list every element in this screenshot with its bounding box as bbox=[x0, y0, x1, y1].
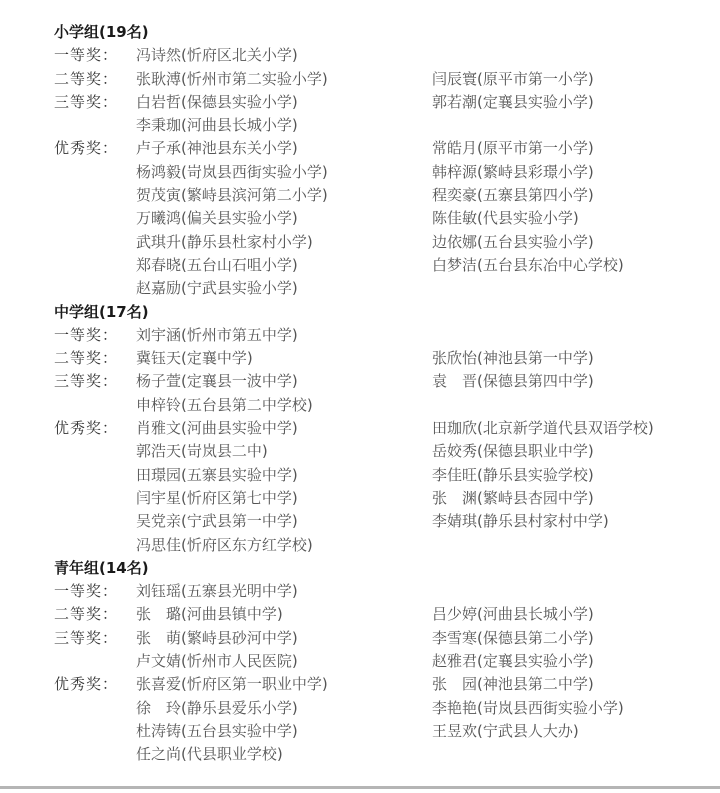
award-label: 二等奖： bbox=[54, 347, 118, 370]
award-row: 郭浩天(岢岚县二中)岳姣秀(保德县职业中学) bbox=[54, 440, 720, 463]
award-label: 优秀奖： bbox=[54, 417, 118, 440]
award-row: 优秀奖：肖雅文(河曲县实验中学)田珈欣(北京新学道代县双语学校) bbox=[54, 417, 720, 440]
winner-entry-left: 郑春晓(五台山石咀小学) bbox=[136, 254, 298, 277]
winner-entry-left: 杜涛铸(五台县实验中学) bbox=[136, 720, 298, 743]
winner-entry-right: 王昱欢(宁武县人大办) bbox=[432, 720, 579, 743]
winner-entry-left: 张喜爱(忻府区第一职业中学) bbox=[136, 673, 328, 696]
winner-entry-left: 冯思佳(忻府区东方红学校) bbox=[136, 534, 313, 557]
award-row: 卢文婧(忻州市人民医院)赵雅君(定襄县实验小学) bbox=[54, 650, 720, 673]
winner-entry-right: 边依娜(五台县实验小学) bbox=[432, 231, 594, 254]
winner-entry-right: 张 渊(繁峙县杏园中学) bbox=[432, 487, 594, 510]
winner-entry-right: 赵雅君(定襄县实验小学) bbox=[432, 650, 594, 673]
winner-entry-right: 常皓月(原平市第一小学) bbox=[432, 137, 594, 160]
award-label: 二等奖： bbox=[54, 68, 118, 91]
winner-entry-left: 赵嘉励(宁武县实验小学) bbox=[136, 277, 298, 300]
winner-entry-right: 李艳艳(岢岚县西街实验小学) bbox=[432, 697, 624, 720]
award-row: 万曦鸿(偏关县实验小学)陈佳敏(代县实验小学) bbox=[54, 207, 720, 230]
winner-entry-right: 李佳旺(静乐县实验学校) bbox=[432, 464, 594, 487]
group-youth: 青年组(14名) 一等奖：刘钰瑶(五寨县光明中学) 二等奖：张 璐(河曲县镇中学… bbox=[54, 557, 720, 767]
winner-entry-left: 杨鸿毅(岢岚县西街实验小学) bbox=[136, 161, 328, 184]
award-row: 杨鸿毅(岢岚县西街实验小学)韩梓源(繁峙县彩璟小学) bbox=[54, 161, 720, 184]
award-label: 三等奖： bbox=[54, 627, 118, 650]
winner-entry-left: 刘钰瑶(五寨县光明中学) bbox=[136, 580, 298, 603]
award-row: 二等奖：张耿溥(忻州市第二实验小学)闫辰寰(原平市第一小学) bbox=[54, 68, 720, 91]
winner-entry-left: 万曦鸿(偏关县实验小学) bbox=[136, 207, 298, 230]
award-row: 冯思佳(忻府区东方红学校) bbox=[54, 534, 720, 557]
winner-entry-left: 冀钰天(定襄中学) bbox=[136, 347, 253, 370]
winner-entry-right: 张欣怡(神池县第一中学) bbox=[432, 347, 594, 370]
winner-entry-left: 肖雅文(河曲县实验中学) bbox=[136, 417, 298, 440]
award-row: 闫宇星(忻府区第七中学)张 渊(繁峙县杏园中学) bbox=[54, 487, 720, 510]
award-label: 一等奖： bbox=[54, 44, 118, 67]
bottom-divider bbox=[0, 786, 720, 789]
award-label: 优秀奖： bbox=[54, 673, 118, 696]
award-row: 武琪升(静乐县杜家村小学)边依娜(五台县实验小学) bbox=[54, 231, 720, 254]
winner-entry-left: 张耿溥(忻州市第二实验小学) bbox=[136, 68, 328, 91]
award-row: 赵嘉励(宁武县实验小学) bbox=[54, 277, 720, 300]
winner-entry-left: 李秉珈(河曲县长城小学) bbox=[136, 114, 298, 137]
winner-entry-right: 田珈欣(北京新学道代县双语学校) bbox=[432, 417, 654, 440]
award-row: 田璟园(五寨县实验中学)李佳旺(静乐县实验学校) bbox=[54, 464, 720, 487]
award-row: 郑春晓(五台山石咀小学)白梦洁(五台县东冶中心学校) bbox=[54, 254, 720, 277]
winner-entry-left: 卢子承(神池县东关小学) bbox=[136, 137, 298, 160]
award-label: 三等奖： bbox=[54, 370, 118, 393]
winner-entry-left: 闫宇星(忻府区第七中学) bbox=[136, 487, 298, 510]
award-row: 徐 玲(静乐县爱乐小学)李艳艳(岢岚县西街实验小学) bbox=[54, 697, 720, 720]
winner-entry-right: 闫辰寰(原平市第一小学) bbox=[432, 68, 594, 91]
award-row: 优秀奖：张喜爱(忻府区第一职业中学)张 园(神池县第二中学) bbox=[54, 673, 720, 696]
group-primary-school: 小学组(19名) 一等奖：冯诗然(忻府区北关小学) 二等奖：张耿溥(忻州市第二实… bbox=[54, 21, 720, 301]
winner-entry-left: 白岩哲(保德县实验小学) bbox=[136, 91, 298, 114]
award-row: 二等奖：张 璐(河曲县镇中学)吕少婷(河曲县长城小学) bbox=[54, 603, 720, 626]
award-row: 吴党亲(宁武县第一中学)李婧琪(静乐县村家村中学) bbox=[54, 510, 720, 533]
winner-entry-left: 张 璐(河曲县镇中学) bbox=[136, 603, 283, 626]
winner-entry-left: 贺茂寅(繁峙县滨河第二小学) bbox=[136, 184, 328, 207]
award-row: 优秀奖：卢子承(神池县东关小学)常皓月(原平市第一小学) bbox=[54, 137, 720, 160]
winner-entry-right: 李雪寒(保德县第二小学) bbox=[432, 627, 594, 650]
winner-entry-right: 袁 晋(保德县第四中学) bbox=[432, 370, 594, 393]
award-row: 贺茂寅(繁峙县滨河第二小学)程奕豪(五寨县第四小学) bbox=[54, 184, 720, 207]
winner-entry-right: 郭若潮(定襄县实验小学) bbox=[432, 91, 594, 114]
winner-entry-right: 张 园(神池县第二中学) bbox=[432, 673, 594, 696]
award-label: 一等奖： bbox=[54, 324, 118, 347]
winner-entry-right: 李婧琪(静乐县村家村中学) bbox=[432, 510, 609, 533]
winner-entry-left: 田璟园(五寨县实验中学) bbox=[136, 464, 298, 487]
winner-entry-right: 陈佳敏(代县实验小学) bbox=[432, 207, 579, 230]
award-row: 杜涛铸(五台县实验中学)王昱欢(宁武县人大办) bbox=[54, 720, 720, 743]
award-row: 三等奖：杨子萱(定襄县一波中学)袁 晋(保德县第四中学) bbox=[54, 370, 720, 393]
award-row: 一等奖：刘钰瑶(五寨县光明中学) bbox=[54, 580, 720, 603]
group-middle-school: 中学组(17名) 一等奖：刘宇涵(忻州市第五中学) 二等奖：冀钰天(定襄中学)张… bbox=[54, 301, 720, 557]
winner-entry-left: 张 萌(繁峙县砂河中学) bbox=[136, 627, 298, 650]
winner-entry-right: 吕少婷(河曲县长城小学) bbox=[432, 603, 594, 626]
group-title: 小学组(19名) bbox=[54, 21, 720, 44]
winner-entry-left: 刘宇涵(忻州市第五中学) bbox=[136, 324, 298, 347]
award-row: 三等奖：白岩哲(保德县实验小学)郭若潮(定襄县实验小学) bbox=[54, 91, 720, 114]
winner-entry-left: 徐 玲(静乐县爱乐小学) bbox=[136, 697, 298, 720]
award-row: 一等奖：冯诗然(忻府区北关小学) bbox=[54, 44, 720, 67]
group-title: 青年组(14名) bbox=[54, 557, 720, 580]
winner-entry-left: 申梓铃(五台县第二中学校) bbox=[136, 394, 313, 417]
award-label: 一等奖： bbox=[54, 580, 118, 603]
award-row: 二等奖：冀钰天(定襄中学)张欣怡(神池县第一中学) bbox=[54, 347, 720, 370]
award-row: 三等奖：张 萌(繁峙县砂河中学)李雪寒(保德县第二小学) bbox=[54, 627, 720, 650]
winner-entry-right: 岳姣秀(保德县职业中学) bbox=[432, 440, 594, 463]
winner-entry-left: 武琪升(静乐县杜家村小学) bbox=[136, 231, 313, 254]
winner-entry-right: 韩梓源(繁峙县彩璟小学) bbox=[432, 161, 594, 184]
winner-entry-left: 卢文婧(忻州市人民医院) bbox=[136, 650, 298, 673]
winner-entry-right: 白梦洁(五台县东冶中心学校) bbox=[432, 254, 624, 277]
award-row: 一等奖：刘宇涵(忻州市第五中学) bbox=[54, 324, 720, 347]
winner-entry-left: 杨子萱(定襄县一波中学) bbox=[136, 370, 298, 393]
award-row: 李秉珈(河曲县长城小学) bbox=[54, 114, 720, 137]
winner-entry-right: 程奕豪(五寨县第四小学) bbox=[432, 184, 594, 207]
winner-entry-left: 吴党亲(宁武县第一中学) bbox=[136, 510, 298, 533]
award-label: 三等奖： bbox=[54, 91, 118, 114]
award-list-document: 小学组(19名) 一等奖：冯诗然(忻府区北关小学) 二等奖：张耿溥(忻州市第二实… bbox=[54, 21, 720, 767]
winner-entry-left: 冯诗然(忻府区北关小学) bbox=[136, 44, 298, 67]
award-label: 二等奖： bbox=[54, 603, 118, 626]
group-title: 中学组(17名) bbox=[54, 301, 720, 324]
winner-entry-left: 郭浩天(岢岚县二中) bbox=[136, 440, 268, 463]
winner-entry-left: 任之尚(代县职业学校) bbox=[136, 743, 283, 766]
award-row: 申梓铃(五台县第二中学校) bbox=[54, 394, 720, 417]
award-row: 任之尚(代县职业学校) bbox=[54, 743, 720, 766]
award-label: 优秀奖： bbox=[54, 137, 118, 160]
